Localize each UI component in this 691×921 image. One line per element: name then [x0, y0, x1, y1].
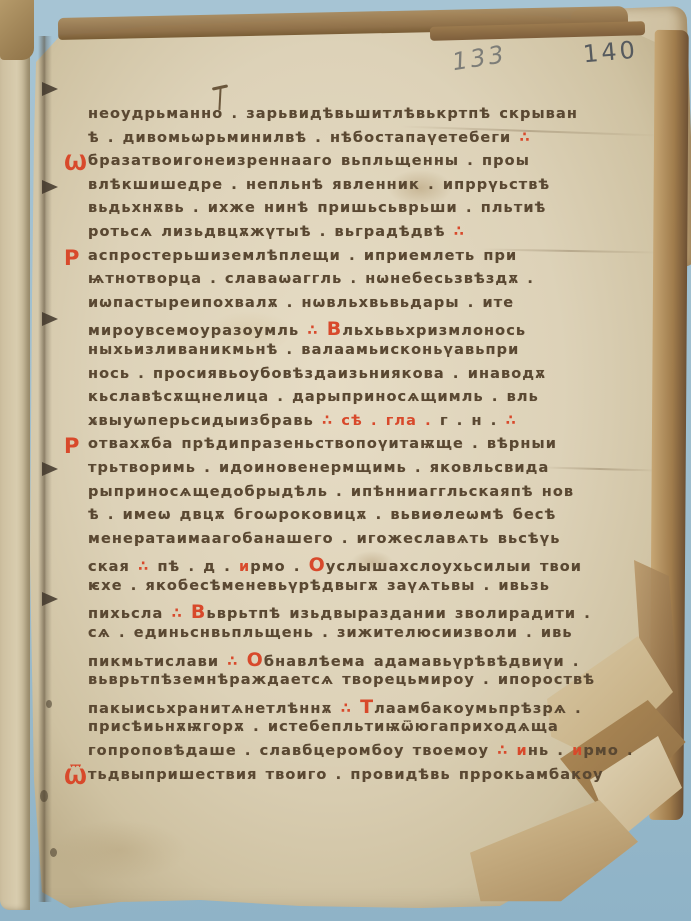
- ink-text: ьврьтпѣ изьдвыраздании зволирадити .: [207, 606, 591, 622]
- text-line: вьдьхнѫвь . ихже нинѣ пришьсьврьши . пль…: [88, 200, 663, 224]
- rubric-text: ∴: [307, 323, 326, 339]
- ink-text: лаамбакоумьпрѣзрѧ .: [374, 701, 582, 717]
- text-line: мироувсемоуразоумль ∴ Вльхьвьхризмлонось: [88, 318, 663, 342]
- rubric-text: ∴ и: [497, 743, 528, 759]
- text-line: рыприносѧщедобрыдѣль . ипѣнниаггльскаяпѣ…: [88, 484, 663, 508]
- ink-text: отвахѫба прѣдипразеньствопоүитаѭще . вѣр…: [88, 436, 557, 452]
- ink-text: ѩтнотворца . славаѡаггль . нѡнебесьзвѣзд…: [88, 271, 534, 287]
- text-line: ѩтнотворца . славаѡаггль . нѡнебесьзвѣзд…: [88, 271, 663, 295]
- text-line: иѡпастыреипохвалѫ . нѡвльхвьвьдары . ите: [88, 295, 663, 319]
- rubric-text: и: [572, 743, 583, 759]
- rubric-text: Ѿ: [64, 765, 88, 789]
- text-line: ѣ . дивомьѡрьминилвѣ . нѣбостапаүетебеги…: [88, 130, 663, 154]
- stain-speck: [46, 700, 52, 708]
- text-line: менератаимаагобанашего . игожеславѧть вь…: [88, 531, 663, 555]
- text-line: ская ∴ пѣ . д . ирмо . Оуслышахслоухьсил…: [88, 554, 663, 578]
- text-line: присѣиьнѫѭгорѫ . истебепльтиѭѿюгаприходѧ…: [88, 719, 663, 743]
- ink-text: рмо .: [250, 559, 308, 575]
- ink-text: ротьсѧ лизьдвцѫжүтыѣ . вьградѣдвѣ: [88, 224, 454, 240]
- rubric-text: ∴: [172, 606, 191, 622]
- text-line: пакыисьхранитѧнетлѣннѫ ∴ Тлаамбакоумьпрѣ…: [88, 696, 663, 720]
- rubric-text: ∴: [138, 559, 157, 575]
- rubric-text: О: [309, 554, 326, 576]
- rubric-text: ∴: [227, 654, 246, 670]
- stain-speck: [50, 848, 57, 857]
- ink-text: ская: [88, 559, 138, 575]
- text-line: сѧ . единьснвьпльщень . зижителюсиизволи…: [88, 625, 663, 649]
- stain-speck: [40, 790, 48, 802]
- ink-text: бразатвоигонеизреннааго вьпльщенны . про…: [88, 153, 530, 169]
- text-line: влѣкшишедре . непльнѣ явленник . ипррүьс…: [88, 177, 663, 201]
- text-line: Распростерьшиземлѣплещи . иприемлеть при: [88, 248, 663, 272]
- text-line: нось . просиявьоубовѣздаизьниякова . ина…: [88, 366, 663, 390]
- ink-text: нось . просиявьоубовѣздаизьниякова . ина…: [88, 366, 546, 382]
- ink-text: нь .: [528, 743, 572, 759]
- ink-text: рыприносѧщедобрыдѣль . ипѣнниаггльскаяпѣ…: [88, 484, 574, 500]
- ink-text: пикмьтислави: [88, 654, 227, 670]
- ink-text: тьдвыпришествия твоиго . провидѣвь пррок…: [88, 767, 604, 783]
- ink-text: гопроповѣдаше . славбцеромбоу твоемоу: [88, 743, 497, 759]
- text-block: неоудрьманно . зарьвидѣвьшитлѣвькртпѣ ск…: [88, 106, 663, 790]
- folio-number-pencil: 140: [582, 36, 639, 69]
- text-line: Ѡбразатвоигонеизреннааго вьпльщенны . пр…: [88, 153, 663, 177]
- sewing-notch: [42, 82, 58, 96]
- ink-text: бнавлѣема адамавьүрѣвѣдвиүи .: [264, 654, 580, 670]
- text-line: гопроповѣдаше . славбцеромбоу твоемоу ∴ …: [88, 743, 663, 767]
- rubric-text: Р: [64, 246, 81, 270]
- sewing-notch: [42, 592, 58, 606]
- ink-text: хвыуѡперьсидыизбравь: [88, 413, 322, 429]
- rubric-text: ∴: [454, 224, 465, 240]
- text-line: вьврьтпѣземнѣраждаетсѧ творецьмироу . ип…: [88, 672, 663, 696]
- text-line: Ротвахѫба прѣдипразеньствопоүитаѭще . вѣ…: [88, 436, 663, 460]
- text-line: кьславѣсѫщнелица . дарыприносѧщимль . вл…: [88, 389, 663, 413]
- sewing-notch: [42, 312, 58, 326]
- text-line: неоудрьманно . зарьвидѣвьшитлѣвькртпѣ ск…: [88, 106, 663, 130]
- text-line: ротьсѧ лизьдвцѫжүтыѣ . вьградѣдвѣ ∴: [88, 224, 663, 248]
- text-line: ныхьизливаникмьнѣ . валаамьисконьүавьпри: [88, 342, 663, 366]
- ink-text: сѧ . единьснвьпльщень . зижителюсиизволи…: [88, 625, 573, 641]
- ink-text: аспростерьшиземлѣплещи . иприемлеть при: [88, 248, 517, 264]
- ink-text: рмо .: [583, 743, 633, 759]
- rubric-text: ∴ сѣ . гла .: [322, 413, 432, 429]
- text-line: пихьсла ∴ Вьврьтпѣ изьдвыраздании зволир…: [88, 601, 663, 625]
- ink-text: вьврьтпѣземнѣраждаетсѧ творецьмироу . ип…: [88, 672, 595, 688]
- ink-text: иѡпастыреипохвалѫ . нѡвльхвьвьдары . ите: [88, 295, 514, 311]
- ink-text: кьславѣсѫщнелица . дарыприносѧщимль . вл…: [88, 389, 539, 405]
- rubric-text: ∴: [519, 130, 530, 146]
- manuscript-photo: 9 133 140 неоудрьманно . зарьвидѣвьшитлѣ…: [0, 0, 691, 921]
- sewing-notch: [42, 462, 58, 476]
- text-line: пикмьтислави ∴ Обнавлѣема адамавьүрѣвѣдв…: [88, 649, 663, 673]
- sewing-notch: [42, 180, 58, 194]
- ink-text: услышахслоухьсилыи твои: [326, 559, 582, 575]
- ink-text: вьдьхнѫвь . ихже нинѣ пришьсьврьши . пль…: [88, 200, 546, 216]
- text-line: Ѿтьдвыпришествия твоиго . провидѣвь прро…: [88, 767, 663, 791]
- ink-text: пакыисьхранитѧнетлѣннѫ: [88, 701, 341, 717]
- rubric-text: ∴: [341, 701, 360, 717]
- ink-text: ныхьизливаникмьнѣ . валаамьисконьүавьпри: [88, 342, 519, 358]
- ink-text: влѣкшишедре . непльнѣ явленник . ипррүьс…: [88, 177, 550, 193]
- previous-page-edge: [0, 30, 30, 910]
- ink-text: трьтворимь . идоиновенермщимь . яковльсв…: [88, 460, 549, 476]
- rubric-text: Р: [64, 434, 81, 458]
- rubric-text: В: [327, 318, 343, 340]
- ink-text: г . н .: [432, 413, 506, 429]
- ink-text: ѥхе . якобесѣменевьүрѣдвыгѫ заүѧтьвы . и…: [88, 578, 550, 594]
- ink-text: пѣ . д .: [157, 559, 239, 575]
- ink-text: ѣ . дивомьѡрьминилвѣ . нѣбостапаүетебеги: [88, 130, 519, 146]
- rubric-text: ∴: [506, 413, 517, 429]
- ink-text: менератаимаагобанашего . игожеславѧть вь…: [88, 531, 561, 547]
- rubric-text: Ѡ: [64, 151, 88, 175]
- ink-text: ѣ . имеѡ двцѫ бгоѡроковицѫ . вьвиѳлеѡмѣ …: [88, 507, 556, 523]
- text-line: хвыуѡперьсидыизбравь ∴ сѣ . гла . г . н …: [88, 413, 663, 437]
- ink-text: присѣиьнѫѭгорѫ . истебепльтиѭѿюгаприходѧ…: [88, 719, 559, 735]
- text-line: ѣ . имеѡ двцѫ бгоѡроковицѫ . вьвиѳлеѡмѣ …: [88, 507, 663, 531]
- rubric-text: Т: [360, 696, 374, 718]
- ink-text: пихьсла: [88, 606, 172, 622]
- rubric-text: В: [191, 601, 207, 623]
- ink-text: мироувсемоуразоумль: [88, 323, 307, 339]
- rubric-text: и: [239, 559, 250, 575]
- rubric-text: О: [247, 649, 264, 671]
- ink-text: неоудрьманно . зарьвидѣвьшитлѣвькртпѣ ск…: [88, 106, 578, 122]
- binding-corner: [0, 0, 34, 60]
- text-line: трьтворимь . идоиновенермщимь . яковльсв…: [88, 460, 663, 484]
- text-line: ѥхе . якобесѣменевьүрѣдвыгѫ заүѧтьвы . и…: [88, 578, 663, 602]
- ink-text: льхьвьхризмлонось: [342, 323, 526, 339]
